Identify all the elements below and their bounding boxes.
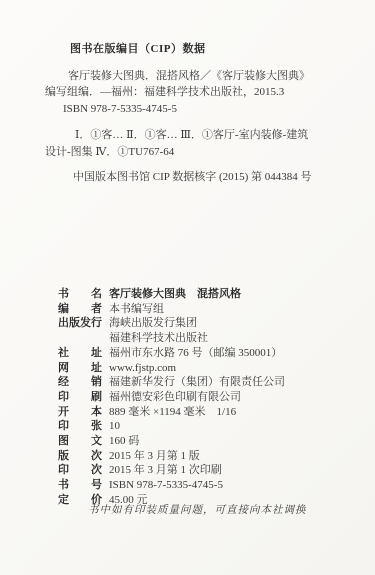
copyright-page: 图书在版编目（CIP）数据 客厅装修大图典．混搭风格／《客厅装修大图典》 编写组… xyxy=(0,0,375,575)
colophon-label: 印刷 xyxy=(58,390,102,405)
colophon-row-pages: 图文 160 码 xyxy=(58,434,355,449)
colophon-row-printer: 印刷 福州德安彩色印刷有限公司 xyxy=(58,390,355,405)
cip-isbn-line: ISBN 978-7-5335-4745-5 xyxy=(63,101,347,118)
colophon-label: 网址 xyxy=(58,361,102,376)
colophon-label: 图文 xyxy=(58,434,102,449)
colophon-row-format: 开本 889 毫米 ×1194 毫米 1/16 xyxy=(58,405,355,420)
colophon-value: 福州德安彩色印刷有限公司 xyxy=(109,390,355,405)
colophon-value: 福州市东水路 76 号（邮编 350001） xyxy=(109,346,355,361)
colophon-label: 出版发行 xyxy=(58,316,102,331)
colophon-row-website: 网址 www.fjstp.com xyxy=(58,361,355,376)
colophon-value: ISBN 978-7-5335-4745-5 xyxy=(109,478,355,493)
cip-header: 图书在版编目（CIP）数据 xyxy=(70,41,347,58)
publisher-line-2: 福建科学技术出版社 xyxy=(109,331,355,346)
colophon-label: 书号 xyxy=(58,478,102,493)
cip-record-line-1: 客厅装修大图典．混搭风格／《客厅装修大图典》 xyxy=(68,68,347,85)
colophon-value: 889 毫米 ×1194 毫米 1/16 xyxy=(109,405,355,420)
cip-record-number: 中国版本图书馆 CIP 数据核字 (2015) 第 044384 号 xyxy=(73,169,347,186)
colophon-row-isbn: 书号 ISBN 978-7-5335-4745-5 xyxy=(58,478,355,493)
cip-class-line-2: 设计-图集 Ⅳ．①TU767-64 xyxy=(45,144,347,161)
colophon-value: 福建新华发行（集团）有限责任公司 xyxy=(109,375,355,390)
publisher-line-1: 海峡出版发行集团 xyxy=(109,317,197,329)
colophon-row-publisher: 出版发行 海峡出版发行集团福建科学技术出版社 xyxy=(58,316,355,345)
colophon-label: 开本 xyxy=(58,405,102,420)
cip-class-line-1: Ⅰ．①客… Ⅱ．①客… Ⅲ．①客厅-室内装修-建筑 xyxy=(75,127,347,144)
colophon-label: 印次 xyxy=(58,463,102,478)
colophon-value: 2015 年 3 月第 1 次印刷 xyxy=(109,463,355,478)
colophon-row-address: 社址 福州市东水路 76 号（邮编 350001） xyxy=(58,346,355,361)
colophon-value: 海峡出版发行集团福建科学技术出版社 xyxy=(109,316,355,345)
cip-block: 图书在版编目（CIP）数据 客厅装修大图典．混搭风格／《客厅装修大图典》 编写组… xyxy=(45,41,347,186)
colophon-label: 编者 xyxy=(58,302,102,317)
colophon-label: 版次 xyxy=(58,449,102,464)
colophon-value: 10 xyxy=(109,419,355,434)
colophon-value: 本书编写组 xyxy=(109,302,355,317)
colophon-row-editor: 编者 本书编写组 xyxy=(58,302,355,317)
colophon-value: 客厅装修大图典 混搭风格 xyxy=(109,287,355,302)
colophon-table: 书名 客厅装修大图典 混搭风格 编者 本书编写组 出版发行 海峡出版发行集团福建… xyxy=(58,287,355,508)
colophon-row-title: 书名 客厅装修大图典 混搭风格 xyxy=(58,287,355,302)
colophon-value: www.fjstp.com xyxy=(109,361,355,376)
colophon-value: 160 码 xyxy=(109,434,355,449)
colophon-row-impression: 印次 2015 年 3 月第 1 次印刷 xyxy=(58,463,355,478)
quality-notice: 书中如有印装质量问题，可直接向本社调换 xyxy=(88,504,307,519)
colophon-row-distributor: 经销 福建新华发行（集团）有限责任公司 xyxy=(58,375,355,390)
colophon-value: 2015 年 3 月第 1 版 xyxy=(109,449,355,464)
cip-record-line-2: 编写组编．—福州：福建科学技术出版社，2015.3 xyxy=(45,84,347,101)
colophon-label: 书名 xyxy=(58,287,102,302)
colophon-row-sheets: 印张 10 xyxy=(58,419,355,434)
colophon-row-edition: 版次 2015 年 3 月第 1 版 xyxy=(58,449,355,464)
colophon-label: 经销 xyxy=(58,375,102,390)
colophon-label: 印张 xyxy=(58,419,102,434)
colophon-label: 社址 xyxy=(58,346,102,361)
